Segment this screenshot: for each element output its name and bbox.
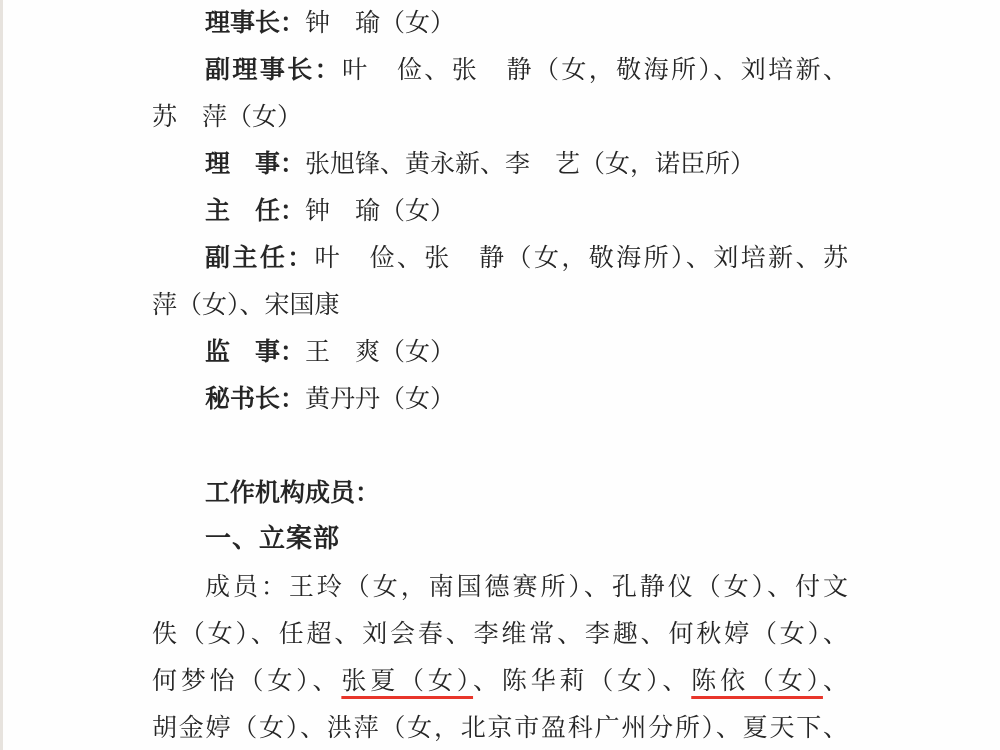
role-label: 理事长： — [205, 8, 305, 37]
text-run: 萍（女）、宋国康 — [152, 290, 340, 319]
document-line: 成员：王玲（女，南国德赛所）、孔静仪（女）、付文 — [152, 563, 848, 610]
role-label: 副理事长： — [205, 55, 342, 84]
document-line: 理事长：钟 瑜（女） — [152, 0, 848, 46]
document-line: 副主任：叶 俭、张 静（女，敬海所）、刘培新、苏 — [152, 234, 848, 281]
role-label: 监 事： — [205, 337, 305, 366]
role-label: 秘书长： — [205, 384, 305, 413]
underlined-name: 陈依（女） — [691, 666, 823, 695]
document-line: 佚（女）、任超、刘会春、李维常、李趣、何秋婷（女）、 — [152, 610, 848, 657]
document-line: 一、立案部 — [152, 516, 848, 563]
document-line: 胡金婷（女）、洪萍（女，北京市盈科广州分所）、夏天下、 — [152, 704, 848, 750]
document-line: 何梦怡（女）、张夏（女）、陈华莉（女）、陈依（女）、 — [152, 657, 848, 704]
document-page: 理事长：钟 瑜（女）副理事长：叶 俭、张 静（女，敬海所）、刘培新、苏 萍（女）… — [0, 0, 1000, 750]
document-line: 理 事：张旭锋、黄永新、李 艺（女，诺臣所） — [152, 140, 848, 187]
text-run: 苏 萍（女） — [152, 102, 302, 131]
role-label: 理 事： — [205, 149, 305, 178]
text-run: 何梦怡（女）、 — [152, 666, 341, 695]
text-run: 钟 瑜（女） — [305, 8, 455, 37]
blank-line — [152, 422, 848, 469]
text-run: 一、立案部 — [205, 524, 340, 554]
text-run: 王玲（女，南国德赛所）、孔静仪（女）、付文 — [289, 572, 848, 601]
role-label: 主 任： — [205, 196, 305, 225]
text-run: 佚（女）、任超、刘会春、李维常、李趣、何秋婷（女）、 — [152, 619, 848, 648]
document-line: 主 任：钟 瑜（女） — [152, 187, 848, 234]
text-run: 成员： — [205, 572, 289, 601]
document-line: 工作机构成员： — [152, 469, 848, 516]
document-line: 副理事长：叶 俭、张 静（女，敬海所）、刘培新、 — [152, 46, 848, 93]
underlined-name: 张夏（女） — [341, 666, 473, 695]
text-run: 工作机构成员： — [205, 478, 380, 507]
text-run: 王 爽（女） — [305, 337, 455, 366]
text-run: 、陈华莉（女）、 — [473, 666, 691, 695]
role-label: 副主任： — [205, 243, 315, 272]
text-run: 黄丹丹（女） — [305, 384, 455, 413]
document-line: 秘书长：黄丹丹（女） — [152, 375, 848, 422]
text-run: 叶 俭、张 静（女，敬海所）、刘培新、苏 — [315, 243, 848, 272]
text-run: 胡金婷（女）、洪萍（女，北京市盈科广州分所）、夏天下、 — [152, 713, 848, 742]
document-line: 监 事：王 爽（女） — [152, 328, 848, 375]
document-line: 萍（女）、宋国康 — [152, 281, 848, 328]
text-run: 、 — [823, 666, 848, 695]
page-left-edge — [0, 0, 3, 750]
text-run: 张旭锋、黄永新、李 艺（女，诺臣所） — [305, 149, 755, 178]
text-run: 叶 俭、张 静（女，敬海所）、刘培新、 — [342, 55, 848, 84]
document-line: 苏 萍（女） — [152, 93, 848, 140]
text-run: 钟 瑜（女） — [305, 196, 455, 225]
document-body: 理事长：钟 瑜（女）副理事长：叶 俭、张 静（女，敬海所）、刘培新、苏 萍（女）… — [152, 0, 848, 750]
